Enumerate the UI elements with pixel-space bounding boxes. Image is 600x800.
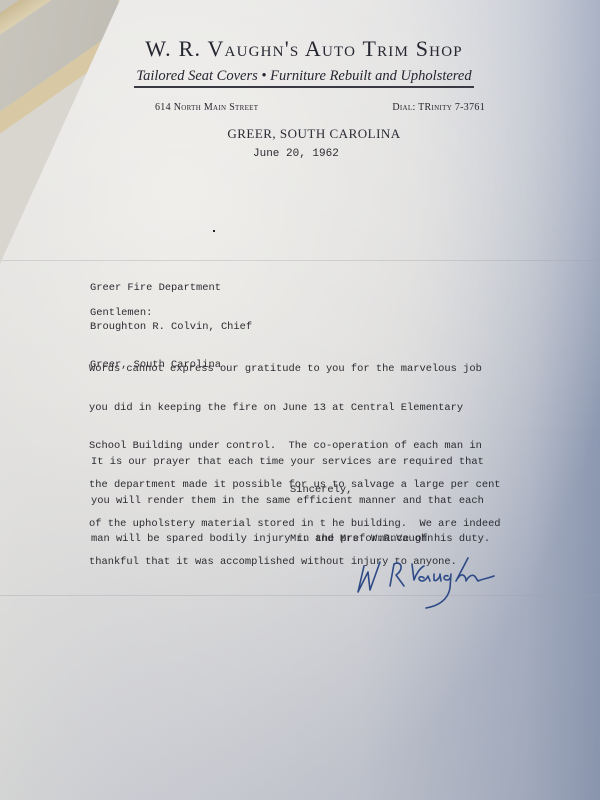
letter-date: June 20, 1962 [253, 148, 339, 161]
body-line: you did in keeping the fire on June 13 a… [89, 402, 501, 415]
closing: Sincerely, [290, 484, 352, 497]
street-address: 614 North Main Street [155, 102, 258, 113]
body-line: It is our prayer that each time your ser… [91, 456, 490, 469]
salutation: Gentlemen: [90, 307, 152, 320]
letter-page: W. R. Vaughn's Auto Trim Shop Tailored S… [0, 0, 600, 800]
signer-name: Mr. and Mrs. W.R.Vaughn [290, 533, 433, 546]
phone-number: Dial: TRinity 7-3761 [392, 102, 485, 113]
handwritten-signature [350, 548, 500, 618]
contact-row: 614 North Main Street Dial: TRinity 7-37… [155, 102, 485, 113]
recipient-line: Broughton R. Colvin, Chief [90, 321, 252, 334]
business-tagline: Tailored Seat Covers • Furniture Rebuilt… [134, 68, 473, 88]
ink-speck [213, 230, 215, 232]
recipient-line: Greer Fire Department [90, 282, 252, 295]
city-state: GREER, SOUTH CAROLINA [14, 126, 600, 142]
body-line: Words cannot express our gratitude to yo… [89, 363, 501, 376]
fold-line [0, 595, 600, 596]
